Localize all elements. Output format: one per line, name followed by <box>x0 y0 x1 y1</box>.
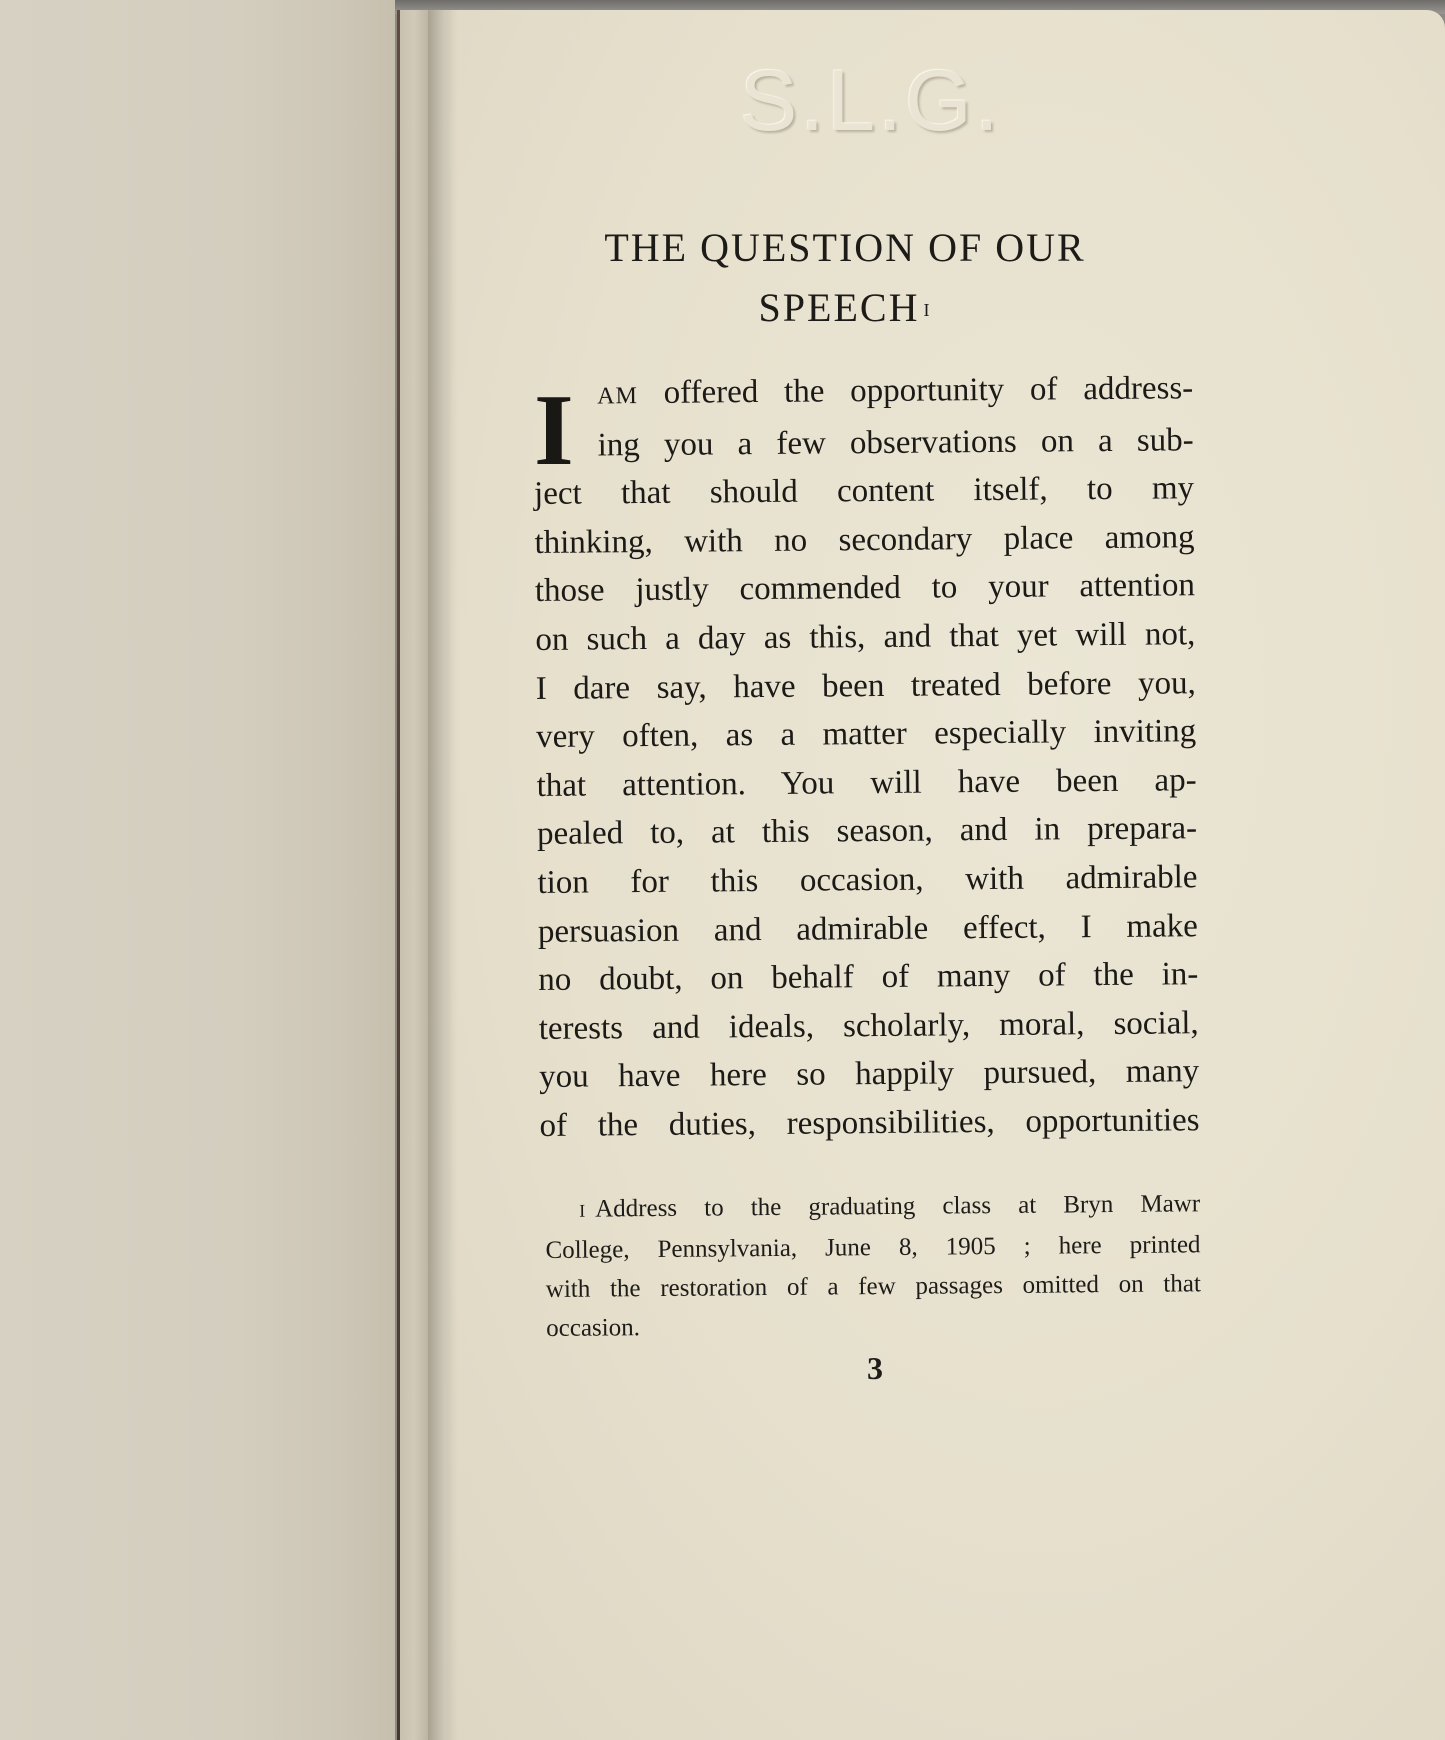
body-paragraph: AM offered the opportunity of address- i… <box>533 364 1200 1150</box>
body-line: you have here so happily pursued, many <box>539 1048 1199 1102</box>
footnote-line: occasion. <box>546 1303 1201 1348</box>
chapter-title-word: SPEECH <box>759 285 920 330</box>
body-line: ject that should content itself, to my <box>534 464 1194 518</box>
page-spine-edge <box>400 10 428 1740</box>
body-line: ing you a few observations on a sub- <box>533 416 1193 470</box>
footnote-line-text: Address to the graduating class at Bryn … <box>595 1190 1200 1222</box>
chapter-title-line-2: SPEECHI <box>530 278 1160 338</box>
footnote: IAddress to the graduating class at Bryn… <box>545 1184 1201 1348</box>
footnote-line: IAddress to the graduating class at Bryn… <box>545 1184 1200 1231</box>
footnote-line: with the restoration of a few passages o… <box>546 1264 1201 1309</box>
left-page-blank <box>0 0 395 1740</box>
body-line: I dare say, have been treated before you… <box>536 659 1196 713</box>
body-line: very often, as a matter especially invit… <box>536 707 1196 761</box>
footnote-line: College, Pennsylvania, June 8, 1905 ; he… <box>545 1225 1200 1270</box>
gutter-shadow <box>428 10 452 1740</box>
body-line: those justly commended to your attention <box>535 562 1195 616</box>
body-line: no doubt, on behalf of many of the in- <box>538 950 1198 1004</box>
body-line: terests and ideals, scholarly, moral, so… <box>539 999 1199 1053</box>
body-line: that attention. You will have been ap- <box>536 756 1196 810</box>
chapter-title: THE QUESTION OF OUR SPEECHI <box>530 218 1160 338</box>
body-line: pealed to, at this season, and in prepar… <box>537 805 1197 859</box>
body-line-text: offered the opportunity of address- <box>638 370 1194 411</box>
body-line: AM offered the opportunity of address- <box>533 364 1193 421</box>
footnote-reference-marker: I <box>923 300 931 320</box>
body-line: of the duties, responsibilities, opportu… <box>539 1096 1199 1150</box>
body-line: thinking, with no secondary place among <box>534 513 1194 567</box>
page-number: 3 <box>855 1350 895 1387</box>
body-line: persuasion and admirable effect, I make <box>538 902 1198 956</box>
embossed-monogram-stamp: S.L.G. <box>740 52 1040 151</box>
body-line: tion for this occasion, with admirable <box>537 853 1197 907</box>
body-line: on such a day as this, and that yet will… <box>535 610 1195 664</box>
chapter-title-line-1: THE QUESTION OF OUR <box>530 218 1160 278</box>
smallcaps-word: AM <box>597 383 638 409</box>
footnote-number: I <box>579 1201 585 1221</box>
